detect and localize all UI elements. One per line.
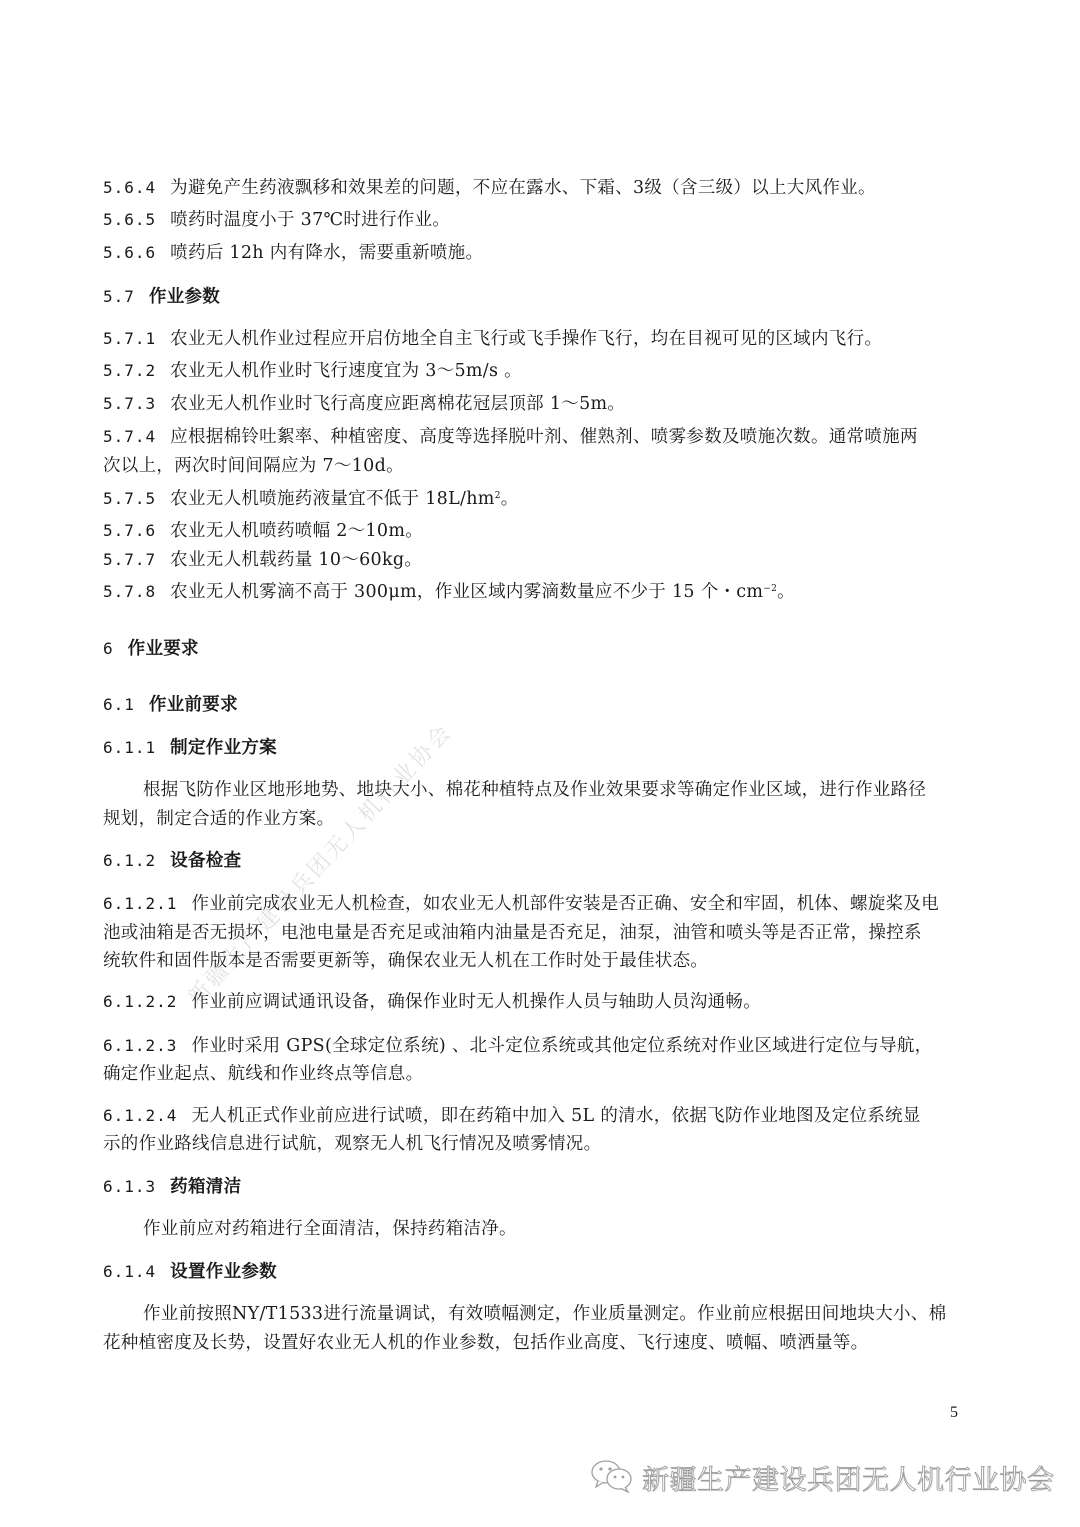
clause-5-6-5: 5.6.5喷药时温度小于 37℃时进行作业。 [103,208,450,232]
para-6-1-3: 作业前应对药箱进行全面清洁，保持药箱洁净。 [143,1217,517,1241]
clause-5-7-1: 5.7.1农业无人机作业过程应开启仿地全自主飞行或飞手操作飞行，均在目视可见的区… [103,327,882,351]
footer-account-watermark: 新疆生产建设兵团无人机行业协会 [590,1458,1055,1497]
heading-6-1-2: 6.1.2设备检查 [103,849,241,873]
clause-5-7-6: 5.7.6农业无人机喷药喷幅 2～10m。 [103,519,423,543]
clause-6-1-2-3-cont1: 确定作业起点、航线和作业终点等信息。 [103,1062,423,1086]
account-name: 新疆生产建设兵团无人机行业协会 [642,1458,1055,1497]
para-6-1-1-line1: 根据飞防作业区地形地势、地块大小、棉花种植特点及作业效果要求等确定作业区域，进行… [143,778,926,802]
heading-5-7: 5.7作业参数 [103,285,220,309]
clause-6-1-2-1-cont1: 池或油箱是否无损坏，电池电量是否充足或油箱内油量是否充足，油泵，油管和喷头等是否… [103,921,922,945]
clause-5-7-4: 5.7.4应根据棉铃吐絮率、种植密度、高度等选择脱叶剂、催熟剂、喷雾参数及喷施次… [103,425,918,449]
clause-6-1-2-1-cont2: 统软件和固件版本是否需要更新等，确保农业无人机在工作时处于最佳状态。 [103,949,708,973]
heading-6: 6作业要求 [103,637,199,661]
clause-5-6-6: 5.6.6喷药后 12h 内有降水，需要重新喷施。 [103,241,483,265]
clause-5-7-7: 5.7.7农业无人机载药量 10～60kg。 [103,548,422,572]
heading-6-1: 6.1作业前要求 [103,693,238,717]
clause-5-7-2: 5.7.2农业无人机作业时飞行速度宜为 3～5m/s 。 [103,359,522,383]
document-page: 5.6.4为避免产生药液飘移和效果差的问题，不应在露水、下霜、3级（含三级）以上… [0,0,1080,1527]
para-6-1-4-line1: 作业前按照NY/T1533进行流量调试，有效喷幅测定，作业质量测定。作业前应根据… [143,1302,946,1326]
clause-6-1-2-4: 6.1.2.4无人机正式作业前应进行试喷，即在药箱中加入 5L 的清水，依据飞防… [103,1104,921,1128]
page-number: 5 [950,1404,958,1422]
heading-6-1-3: 6.1.3药箱清洁 [103,1175,241,1199]
clause-5-7-3: 5.7.3农业无人机作业时飞行高度应距离棉花冠层顶部 1～5m。 [103,392,625,416]
para-6-1-4-line2: 花种植密度及长势，设置好农业无人机的作业参数，包括作业高度、飞行速度、喷幅、喷洒… [103,1331,868,1355]
clause-6-1-2-2: 6.1.2.2作业前应调试通讯设备，确保作业时无人机操作人员与轴助人员沟通畅。 [103,990,761,1014]
clause-6-1-2-3: 6.1.2.3作业时采用 GPS(全球定位系统) 、北斗定位系统或其他定位系统对… [103,1034,932,1058]
para-6-1-1-line2: 规划，制定合适的作业方案。 [103,807,334,831]
clause-6-1-2-4-cont1: 示的作业路线信息进行试航，观察无人机飞行情况及喷雾情况。 [103,1132,601,1156]
heading-6-1-4: 6.1.4设置作业参数 [103,1260,277,1284]
heading-6-1-1: 6.1.1制定作业方案 [103,736,277,760]
clause-5-7-5: 5.7.5农业无人机喷施药液量宜不低于 18L/hm2。 [103,487,519,511]
clause-5-7-8: 5.7.8农业无人机雾滴不高于 300μm，作业区域内雾滴数量应不少于 15 个… [103,580,795,604]
clause-6-1-2-1: 6.1.2.1作业前完成农业无人机检查，如农业无人机部件安装是否正确、安全和牢固… [103,892,939,916]
clause-5-6-4: 5.6.4为避免产生药液飘移和效果差的问题，不应在露水、下霜、3级（含三级）以上… [103,176,876,200]
wechat-icon [590,1459,634,1497]
clause-5-7-4-cont: 次以上，两次时间间隔应为 7～10d。 [103,454,404,478]
